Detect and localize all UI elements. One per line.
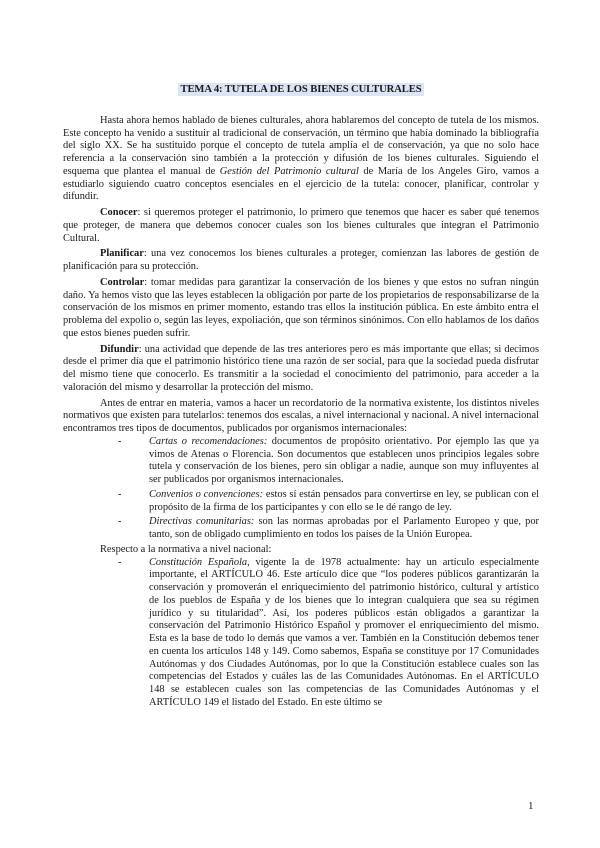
list-item: Directivas comunitarias: son las normas …	[149, 516, 539, 542]
concept-term: Planificar	[100, 248, 144, 259]
item-term: Cartas o recomendaciones:	[149, 436, 267, 447]
document-title: TEMA 4: TUTELA DE LOS BIENES CULTURALES	[178, 83, 423, 96]
list-item: Constitución Española, vigente la de 197…	[149, 557, 539, 710]
concept-conocer: Conocer: si queremos proteger el patrimo…	[63, 207, 539, 245]
concept-term: Difundir	[100, 344, 139, 355]
book-title: Gestión del Patrimonio cultural	[220, 166, 359, 177]
list-item: Cartas o recomendaciones: documentos de …	[149, 436, 539, 487]
page-number: 1	[528, 800, 534, 812]
document-page: TEMA 4: TUTELA DE LOS BIENES CULTURALES …	[63, 84, 539, 712]
item-term: Constitución Española	[149, 557, 247, 568]
item-term: Convenios o convenciones:	[149, 489, 263, 500]
concept-term: Controlar	[100, 277, 144, 288]
item-text: , vigente la de 1978 actualmente: hay un…	[149, 557, 539, 708]
title-block: TEMA 4: TUTELA DE LOS BIENES CULTURALES	[63, 84, 539, 97]
nacional-intro: Respecto a la normativa a nivel nacional…	[63, 544, 539, 557]
concept-difundir: Difundir: una actividad que depende de l…	[63, 344, 539, 395]
national-list: Constitución Española, vigente la de 197…	[63, 557, 539, 710]
international-list: Cartas o recomendaciones: documentos de …	[63, 436, 539, 542]
intro-paragraph: Hasta ahora hemos hablado de bienes cult…	[63, 115, 539, 204]
normativa-intro: Antes de entrar en materia, vamos a hace…	[63, 398, 539, 436]
item-term: Directivas comunitarias:	[149, 516, 254, 527]
concept-term: Conocer	[100, 207, 138, 218]
concept-planificar: Planificar: una vez conocemos los bienes…	[63, 248, 539, 274]
concept-controlar: Controlar: tomar medidas para garantizar…	[63, 277, 539, 341]
list-item: Convenios o convenciones: estos sí están…	[149, 489, 539, 515]
